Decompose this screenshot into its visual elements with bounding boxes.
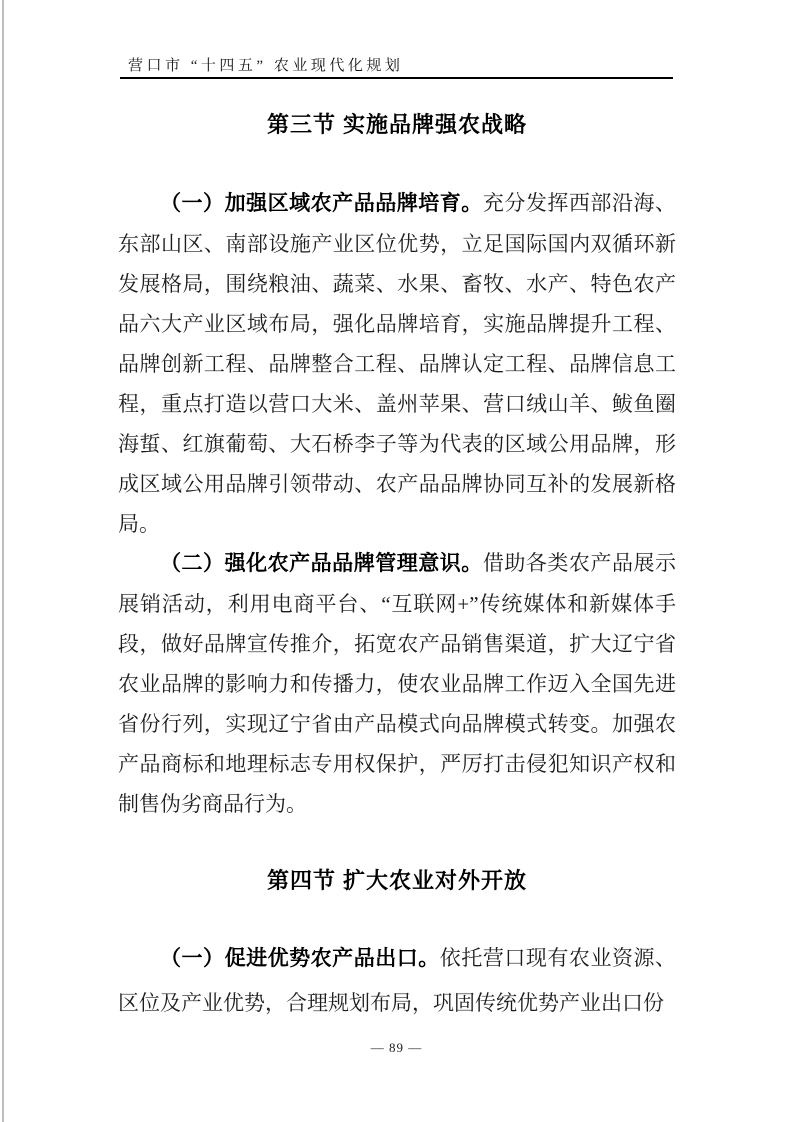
paragraph-2-body-text: 借助各类农产品展示展销活动，利用电商平台、“互联网+”传统媒体和新媒体手段，做好… [118,551,676,816]
paragraph-brand-cultivation: （一）加强区域农产品品牌培育。充分发挥西部沿海、东部山区、南部设施产业区位优势，… [118,183,676,544]
document-page: 营口市 “十四五” 农业现代化规划 第三节 实施品牌强农战略 （一）加强区域农产… [0,0,793,1122]
page-scan-edge [2,0,4,1122]
paragraph-2-lead-in: （二）强化农产品品牌管理意识。 [160,552,483,575]
paragraph-brand-management: （二）强化农产品品牌管理意识。借助各类农产品展示展销活动，利用电商平台、“互联网… [118,543,676,824]
header-rule [120,77,673,79]
paragraph-3-lead-in: （一）促进优势农产品出口。 [160,947,440,970]
paragraph-1-lead-in: （一）加强区域农产品品牌培育。 [160,192,483,215]
paragraph-export-promotion: （一）促进优势农产品出口。依托营口现有农业资源、区位及产业优势，合理规划布局，巩… [118,936,676,1025]
section-heading-3: 第三节 实施品牌强农战略 [118,108,676,139]
page-number: — 89 — [0,1040,793,1056]
paragraph-1-body-text: 充分发挥西部沿海、东部山区、南部设施产业区位优势，立足国际国内双循环新发展格局，… [118,191,676,536]
section-heading-4: 第四节 扩大农业对外开放 [118,864,676,895]
running-header-title: 营口市 “十四五” 农业现代化规划 [128,54,403,75]
